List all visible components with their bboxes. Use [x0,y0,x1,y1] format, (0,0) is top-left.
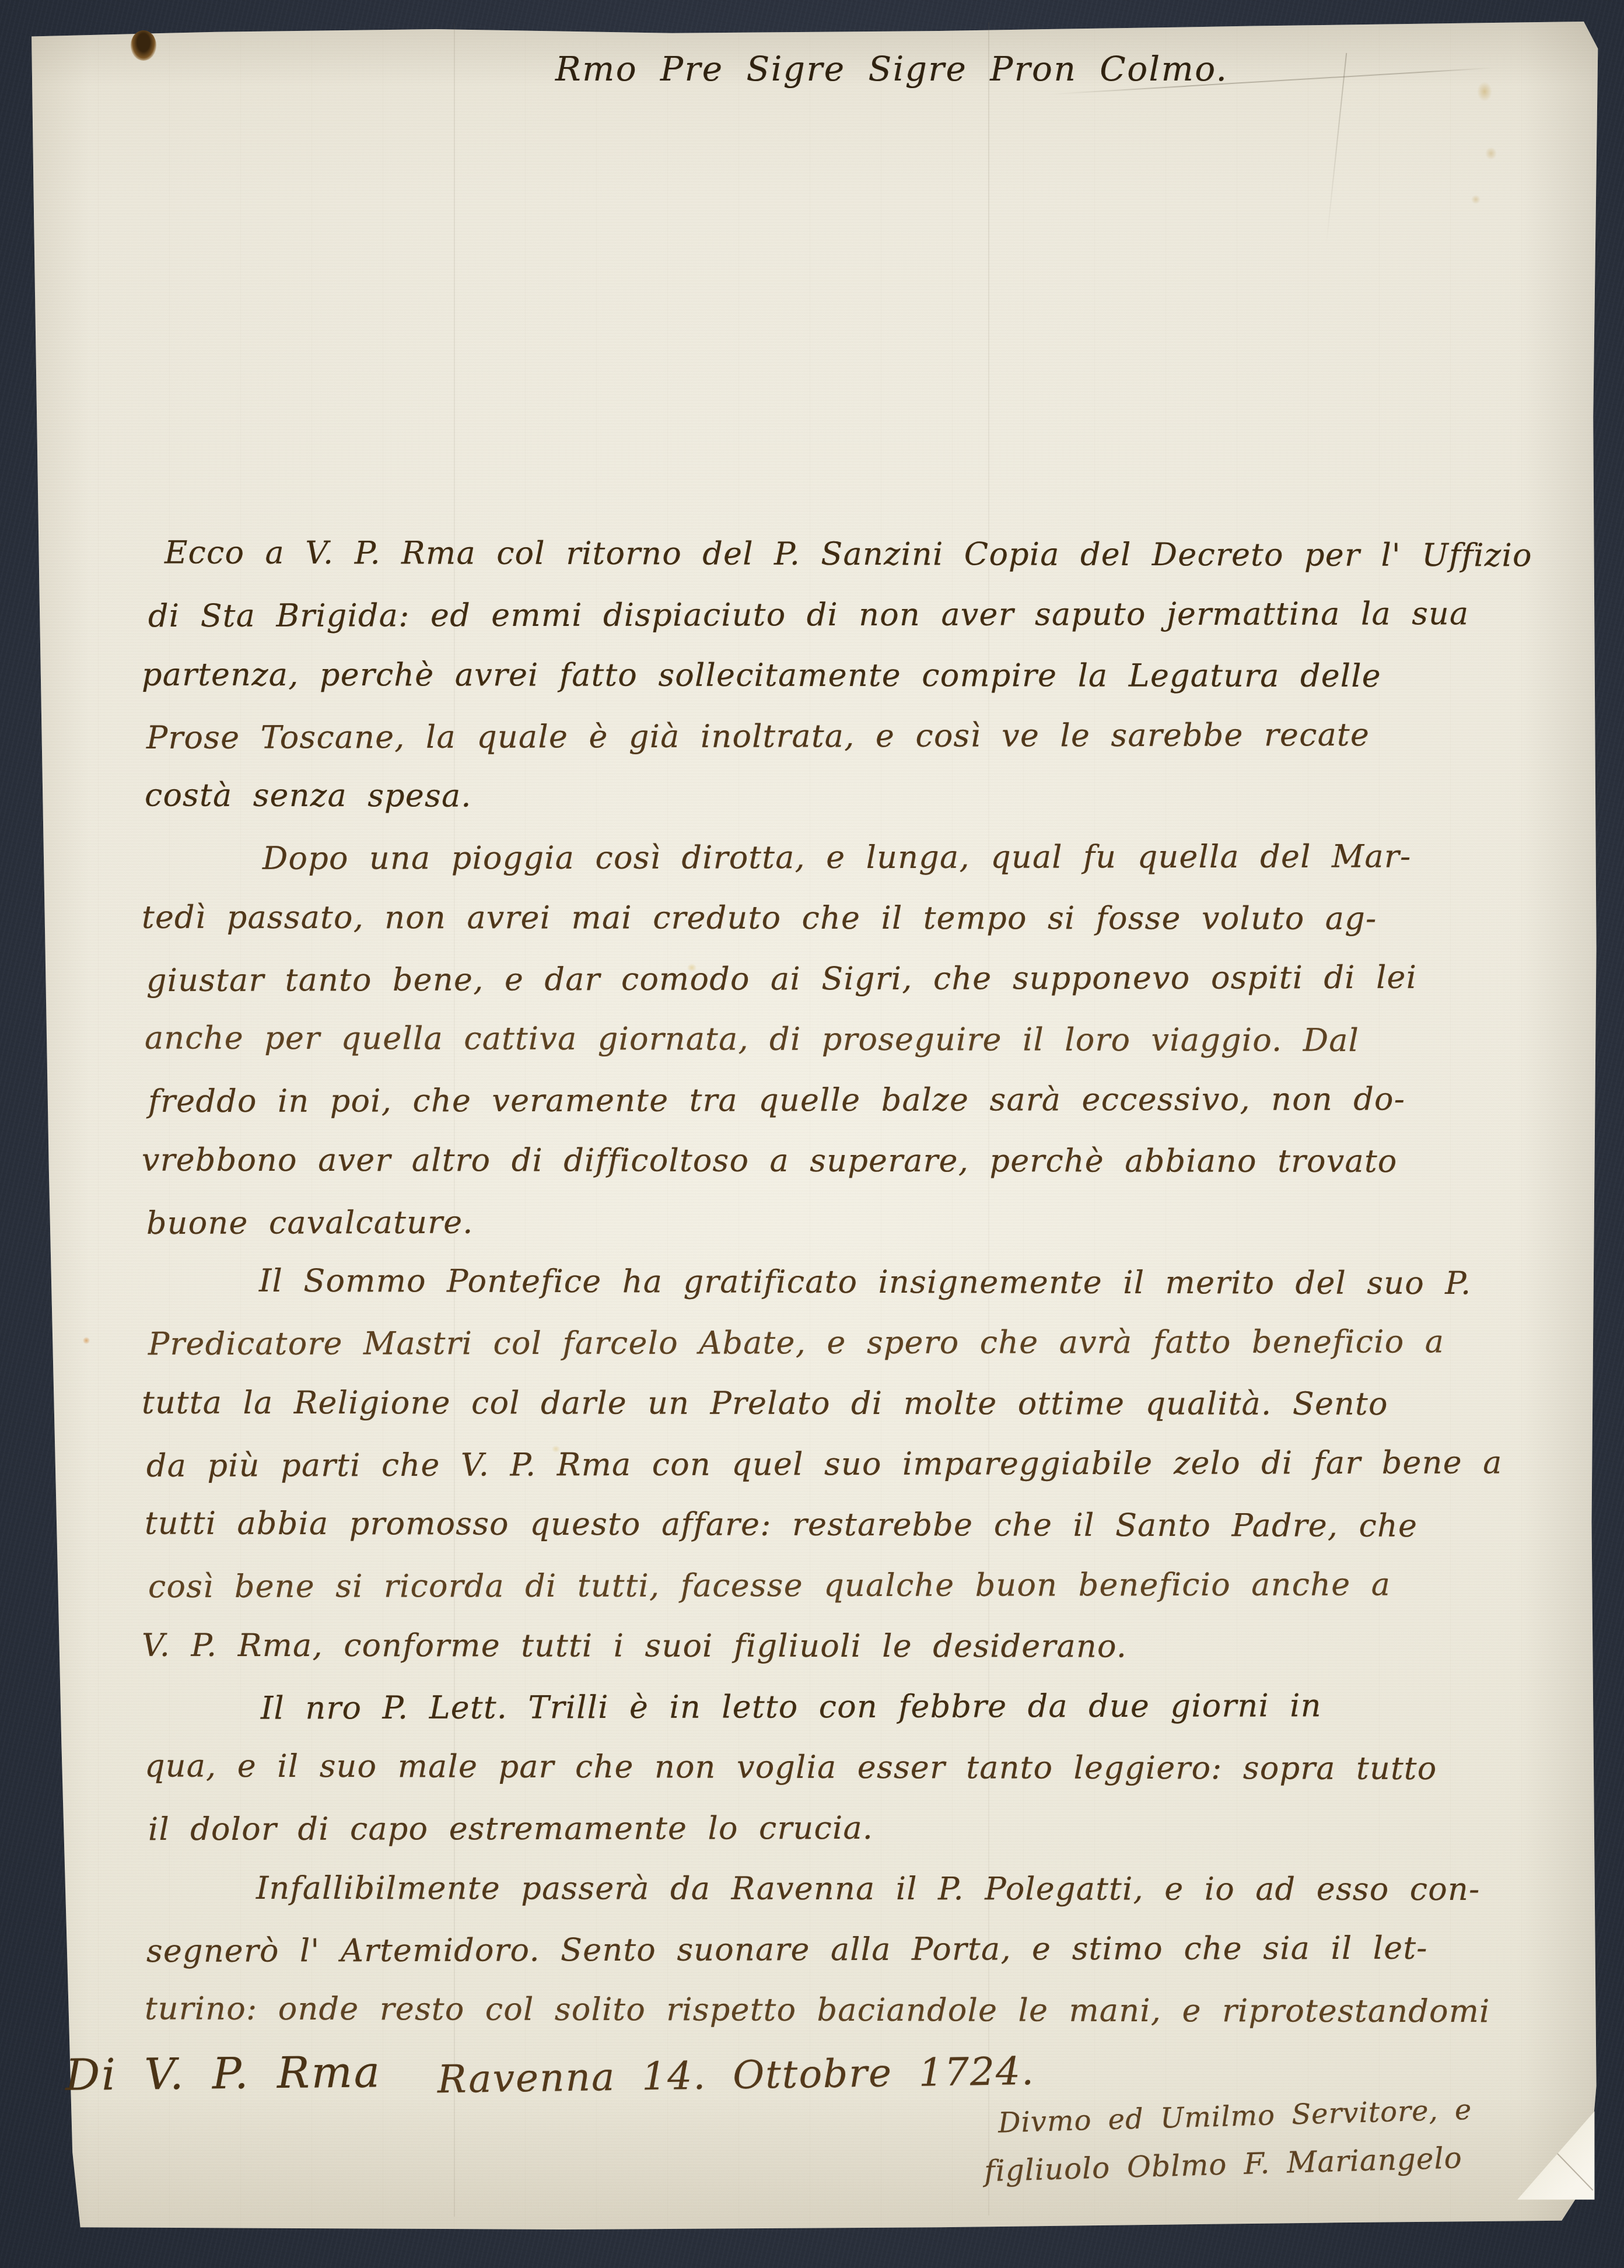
letter-line: tedì passato, non avrei mai creduto che … [142,887,1577,950]
letter-line: segnerò l' Artemidoro. Sento suonare all… [146,1917,1581,1982]
letter-line: Predicatore Mastri col farcelo Abate, e … [148,1311,1583,1374]
letter-line: tutti abbia promosso questo affare: rest… [145,1493,1580,1556]
letter-line: di Sta Brigida: ed emmi dispiaciuto di n… [148,583,1583,646]
letter-line: Prose Toscane, la quale è già inoltrata,… [146,704,1581,768]
letter-line: Dopo una pioggia così dirotta, e lunga, … [148,826,1583,889]
letter-line: così bene si ricorda di tutti, facesse q… [148,1554,1583,1617]
letter-line: anche per quella cattiva giornata, di pr… [145,1007,1580,1071]
letter-line: Il nro P. Lett. Trilli è in letto con fe… [146,1675,1581,1739]
signature-block: Divmo ed Umilmo Servitore, e figliuolo O… [998,2082,1601,2195]
closing-formula: Di V. P. Rma [65,2047,382,2101]
letter-line: giustar tanto bene, e dar comodo ai Sigr… [146,947,1581,1011]
letter-line: turino: onde resto col solito rispetto b… [145,1978,1580,2042]
letter-line: costà senza spesa. [145,765,1580,828]
letter-line: buone cavalcature. [146,1189,1581,1254]
letter-line: il dolor di capo estremamente lo crucia. [148,1797,1583,1860]
letter-line: qua, e il suo male par che non voglia es… [145,1735,1580,1799]
place-and-date: Ravenna 14. Ottobre 1724. [437,2049,1035,2102]
letter-line: Il Sommo Pontefice ha gratificato insign… [145,1250,1580,1314]
letter-line: Ecco a V. P. Rma col ritorno del P. Sanz… [145,522,1580,586]
letter-line: vrebbono aver altro di difficoltoso a su… [142,1130,1577,1192]
scanned-letter-page: Rmo Pre Sigre Sigre Pron Colmo. Ecco a V… [0,0,1624,2268]
letter-body: Ecco a V. P. Rma col ritorno del P. Sanz… [145,524,1580,2041]
letter-line: freddo in poi, che veramente tra quelle … [148,1069,1583,1132]
letter-line: V. P. Rma, conforme tutti i suoi figliuo… [142,1615,1577,1678]
letter-closing: Di V. P. Rma Ravenna 14. Ottobre 1724. [65,2049,1035,2099]
letter-line: da più parti che V. P. Rma con quel suo … [146,1432,1581,1496]
letter-salutation: Rmo Pre Sigre Sigre Pron Colmo. [555,49,1228,89]
letter-line: tutta la Religione col darle un Prelato … [142,1373,1577,1435]
letter-line: Infallibilmente passerà da Ravenna il P.… [142,1858,1577,1920]
letter-line: partenza, perchè avrei fatto sollecitame… [142,645,1577,707]
